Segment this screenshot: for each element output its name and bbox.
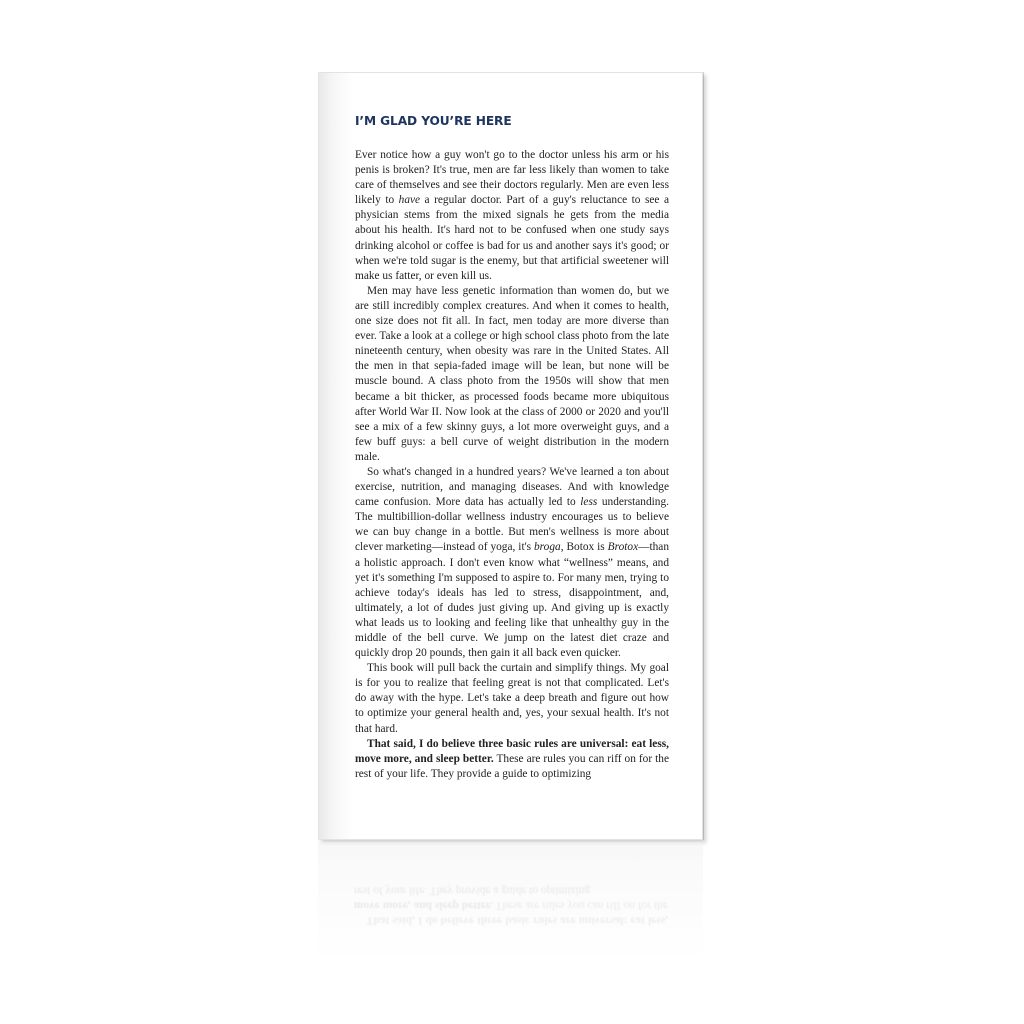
paragraph: This book will pull back the curtain and… bbox=[355, 661, 669, 736]
text-run: , Botox is bbox=[561, 541, 608, 553]
book-page: I’M GLAD YOU’RE HERE Ever notice how a g… bbox=[318, 72, 703, 840]
paragraph: So what's changed in a hundred years? We… bbox=[355, 465, 669, 661]
italic-text: broga bbox=[534, 541, 561, 553]
paragraph: Men may have less genetic information th… bbox=[355, 284, 669, 465]
italic-text: less bbox=[580, 496, 597, 508]
chapter-title: I’M GLAD YOU’RE HERE bbox=[355, 113, 669, 129]
text-run: —than a holistic approach. I don't even … bbox=[355, 541, 669, 659]
reflection-fade bbox=[318, 842, 703, 982]
paragraph: Ever notice how a guy won't go to the do… bbox=[355, 148, 669, 284]
paragraph: That said, I do believe three basic rule… bbox=[355, 737, 669, 782]
stage: I’M GLAD YOU’RE HERE Ever notice how a g… bbox=[0, 0, 1024, 1024]
page-reflection: That said, I do believe three basic rule… bbox=[318, 842, 703, 982]
page-content: I’M GLAD YOU’RE HERE Ever notice how a g… bbox=[355, 113, 669, 782]
italic-text: Brotox bbox=[608, 541, 638, 553]
text-run: Men may have less genetic information th… bbox=[355, 285, 669, 463]
text-run: a regular doctor. Part of a guy's reluct… bbox=[355, 194, 669, 281]
body-text: Ever notice how a guy won't go to the do… bbox=[355, 148, 669, 782]
italic-text: have bbox=[399, 194, 420, 206]
text-run: This book will pull back the curtain and… bbox=[355, 662, 669, 734]
